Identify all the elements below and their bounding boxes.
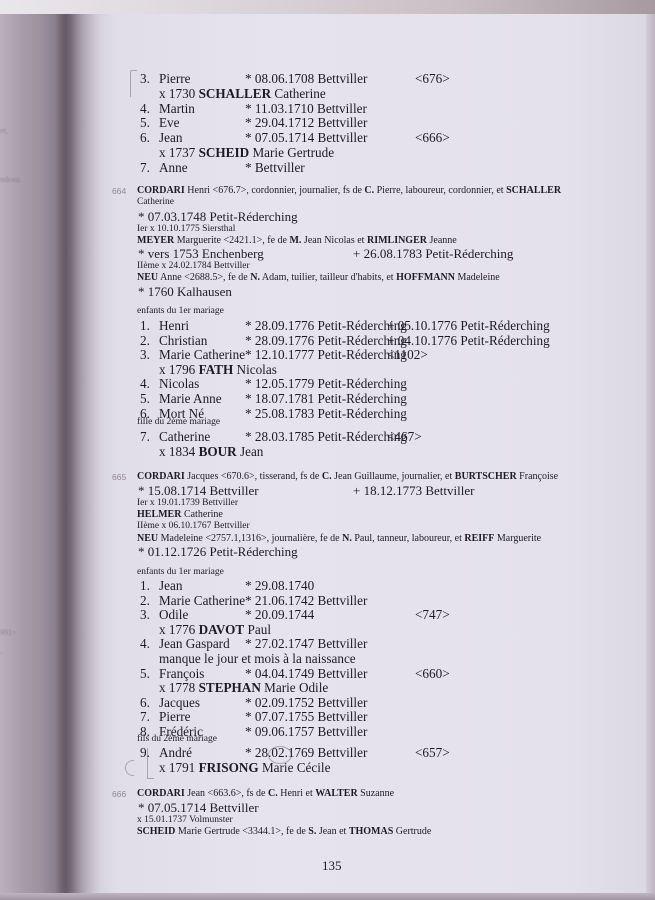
spouse-given-name: Paul [248, 622, 271, 637]
death-line: + 18.12.1773 Bettviller [353, 483, 474, 498]
mother-surname: BURTSCHER [455, 471, 517, 482]
child-birth: * 20.09.1744 [245, 607, 314, 622]
surname: NEU [137, 533, 158, 544]
father-initial: C. [322, 471, 332, 482]
child-number: 5. [140, 115, 158, 130]
surname: MEYER [137, 235, 174, 246]
child-marriage: x 1778 STEPHAN Marie Odile [159, 680, 328, 695]
child-number: 6. [140, 695, 158, 710]
spouse-text: Marguerite <2421.1>, fe de [174, 235, 289, 246]
header-text: Suzanne [358, 788, 394, 799]
spouse-line: SCHEID Marie Gertrude <3344.1>, fe de S.… [137, 826, 431, 838]
marriage-line: x 15.01.1737 Volmunster [137, 815, 233, 826]
child-number: 1. [140, 578, 158, 593]
child-number: 4. [140, 636, 158, 651]
spouse-birth-line: * 01.12.1726 Petit-Réderching [138, 544, 298, 559]
child-birth: * 27.02.1747 Bettviller [245, 636, 367, 651]
child-birth: * 25.08.1783 Petit-Réderching [245, 406, 407, 421]
entry-header: CORDARI Jacques <670.6>, tisserand, fs d… [137, 471, 558, 483]
mother-surname: WALTER [315, 788, 357, 799]
child-birth: * 12.10.1777 Petit-Réderching [245, 347, 407, 362]
spouse-death-line: + 26.08.1783 Petit-Réderching [353, 246, 513, 261]
surname: SCHEID [137, 826, 175, 837]
child-birth: * 28.09.1776 Petit-Réderching [245, 318, 407, 333]
child-name: Anne [159, 160, 188, 175]
child-marriage: x 1776 DAVOT Paul [159, 622, 271, 637]
mother-surname: HOFFMANN [396, 272, 455, 283]
father-initial: C. [268, 788, 278, 799]
child-marriage: x 1737 SCHEID Marie Gertrude [159, 145, 334, 160]
pencil-arc-mark [125, 760, 134, 776]
spouse-given-name: Marie Odile [264, 680, 328, 695]
child-number: 7. [140, 160, 158, 175]
child-name: Jacques [159, 695, 200, 710]
spouse-given-name: Catherine [274, 86, 325, 101]
child-marriage: x 1730 SCHALLER Catherine [159, 86, 326, 101]
spouse-given-name: Marie Gertrude [252, 145, 334, 160]
spouse-surname: STEPHAN [199, 680, 261, 695]
entry-header: CORDARI Jean <663.6>, fs de C. Henri et … [137, 788, 394, 800]
child-number: 4. [140, 101, 158, 116]
child-name: Odile [159, 607, 188, 622]
child-birth: * 07.07.1755 Bettviller [245, 709, 367, 724]
header-text: Françoise [517, 471, 558, 482]
entry-number: 665 [112, 472, 126, 482]
child-birth: * 07.05.1714 Bettviller [245, 130, 367, 145]
child-reference: <666> [415, 130, 450, 145]
child-number: 1. [140, 318, 158, 333]
child-number: 9. [140, 745, 158, 760]
child-birth: * 28.02.1769 Bettviller [245, 745, 367, 760]
header-text: Jacques <670.6>, tisserand, fs de [185, 471, 322, 482]
mother-surname: RIMLINGER [367, 235, 427, 246]
spouse-text: Madeleine <2757.1,1316>, journalière, fe… [158, 533, 342, 544]
spouse-surname: BOUR [199, 444, 237, 459]
spouse-line: NEU Anne <2688.5>, fe de N. Adam, tuilie… [137, 272, 500, 284]
child-name: Nicolas [159, 376, 199, 391]
surname: CORDARI [137, 471, 185, 482]
spouse-line: HELMER Catherine [137, 509, 223, 521]
page-number: 135 [322, 858, 342, 874]
child-name: Pierre [159, 709, 191, 724]
pencil-bracket-mark [130, 70, 137, 97]
marriage-year: x 1834 [159, 444, 195, 459]
child-reference: <467> [387, 429, 422, 444]
child-birth: * 28.09.1776 Petit-Réderching [245, 333, 407, 348]
surname: CORDARI [137, 185, 185, 196]
header-text: Jean Guillaume, journalier, et [332, 471, 455, 482]
spouse-surname: SCHEID [199, 145, 250, 160]
marriage-year: x 1737 [159, 145, 195, 160]
surname: CORDARI [137, 788, 185, 799]
marriage-year: x 1778 [159, 680, 195, 695]
child-name: Marie Anne [159, 391, 222, 406]
child-death: + 04.10.1776 Petit-Réderching [387, 333, 550, 348]
father-initial: N. [342, 533, 352, 544]
child-birth: * Bettviller [245, 160, 305, 175]
spouse-text: Madeleine [455, 272, 500, 283]
children-section-label: fils du 2ème mariage [137, 734, 217, 745]
child-birth: * 28.03.1785 Petit-Réderching [245, 429, 407, 444]
birth-line: * 15.08.1714 Bettviller [138, 483, 259, 498]
child-number: 3. [140, 347, 158, 362]
child-name: Martin [159, 101, 195, 116]
marriage-line: IIème x 24.02.1784 Bettviller [137, 261, 250, 272]
child-name: Pierre [159, 71, 191, 86]
child-birth: * 04.04.1749 Bettviller [245, 666, 367, 681]
father-initial: C. [364, 185, 374, 196]
child-birth: * 29.08.1740 [245, 578, 314, 593]
child-name: Marie Catherine [159, 593, 245, 608]
marriage-line: Ier x 19.01.1739 Bettviller [137, 498, 238, 509]
entry-number: 666 [112, 789, 126, 799]
child-name: Henri [159, 318, 189, 333]
marriage-line: IIème x 06.10.1767 Bettviller [137, 521, 250, 532]
child-number: 7. [140, 429, 158, 444]
spouse-text: Catherine [181, 509, 222, 520]
marriage-year: x 1730 [159, 86, 195, 101]
spouse-text: Adam, tuilier, tailleur d'habits, et [260, 272, 396, 283]
child-marriage: x 1796 FATH Nicolas [159, 362, 277, 377]
child-number: 5. [140, 391, 158, 406]
header-continuation: Catherine [137, 197, 174, 208]
surname: NEU [137, 272, 158, 283]
spouse-given-name: Nicolas [237, 362, 277, 377]
birth-line: * 07.03.1748 Petit-Réderching [138, 209, 298, 224]
child-number: 4. [140, 376, 158, 391]
child-reference: <657> [415, 745, 450, 760]
child-birth: * 21.06.1742 Bettviller [245, 593, 367, 608]
children-section-label: fille du 2ème mariage [137, 417, 220, 428]
child-name: Jean [159, 130, 182, 145]
child-name: François [159, 666, 204, 681]
marriage-year: x 1791 [159, 760, 195, 775]
spouse-text: Anne <2688.5>, fe de [158, 272, 250, 283]
child-name: Jean [159, 578, 182, 593]
child-number: 5. [140, 666, 158, 681]
child-reference: <676> [415, 71, 450, 86]
header-text: Henri et [278, 788, 316, 799]
child-number: 2. [140, 593, 158, 608]
children-section-label: enfants du 1er mariage [137, 306, 224, 317]
birth-line: * 07.05.1714 Bettviller [138, 800, 259, 815]
spouse-birth-line: * vers 1753 Enchenberg [138, 246, 264, 261]
spouse-given-name: Marie Cécile [262, 760, 330, 775]
child-name: Catherine [159, 429, 210, 444]
child-number: 2. [140, 333, 158, 348]
spouse-text: Jeanne [427, 235, 457, 246]
spouse-text: Jean Nicolas et [301, 235, 367, 246]
entry-number: 664 [112, 186, 126, 196]
spouse-surname: SCHALLER [199, 86, 272, 101]
child-name: Eve [159, 115, 180, 130]
header-text: Jean <663.6>, fs de [185, 788, 268, 799]
spouse-text: Paul, tanneur, laboureur, et [352, 533, 465, 544]
child-name: Marie Catherine [159, 347, 245, 362]
child-marriage: x 1834 BOUR Jean [159, 444, 263, 459]
marriage-year: x 1776 [159, 622, 195, 637]
child-birth: * 11.03.1710 Bettviller [245, 101, 367, 116]
father-initial: M. [289, 235, 301, 246]
child-birth: * 18.07.1781 Petit-Réderching [245, 391, 407, 406]
header-text: Henri <676.7>, cordonnier, journalier, f… [185, 185, 365, 196]
child-number: 3. [140, 607, 158, 622]
child-birth: * 12.05.1779 Petit-Réderching [245, 376, 407, 391]
child-number: 3. [140, 71, 158, 86]
child-reference: <747> [415, 607, 450, 622]
child-marriage: x 1791 FRISONG Marie Cécile [159, 760, 330, 775]
child-name: André [159, 745, 192, 760]
mother-surname: THOMAS [349, 826, 393, 837]
child-death: + 05.10.1776 Petit-Réderching [387, 318, 550, 333]
child-birth: * 09.06.1757 Bettviller [245, 724, 367, 739]
spouse-birth-line: * 1760 Kalhausen [138, 284, 232, 299]
child-name: Christian [159, 333, 207, 348]
child-reference: <660> [415, 666, 450, 681]
mother-surname: REIFF [464, 533, 494, 544]
surname: HELMER [137, 509, 181, 520]
marriage-line: Ier x 10.10.1775 Siersthal [137, 224, 235, 235]
spouse-surname: FATH [199, 362, 234, 377]
child-reference: <1102> [387, 347, 428, 362]
child-number: 6. [140, 130, 158, 145]
spouse-text: Marguerite [494, 533, 541, 544]
spouse-surname: DAVOT [199, 622, 245, 637]
child-number: 7. [140, 709, 158, 724]
child-note: manque le jour et mois à la naissance [159, 651, 356, 666]
child-birth: * 08.06.1708 Bettviller [245, 71, 367, 86]
header-text: Pierre, laboureur, cordonnier, et [374, 185, 506, 196]
child-birth: * 02.09.1752 Bettviller [245, 695, 367, 710]
genealogy-page-content: 3.Pierre* 08.06.1708 Bettviller<676>x 17… [0, 0, 655, 900]
spouse-given-name: Jean [240, 444, 263, 459]
spouse-text: Jean et [316, 826, 349, 837]
child-birth: * 29.04.1712 Bettviller [245, 115, 367, 130]
father-initial: N. [250, 272, 260, 283]
child-name: Jean Gaspard [159, 636, 230, 651]
marriage-year: x 1796 [159, 362, 195, 377]
spouse-text: Gertrude [393, 826, 431, 837]
spouse-text: Marie Gertrude <3344.1>, fe de [175, 826, 308, 837]
children-section-label: enfants du 1er mariage [137, 567, 224, 578]
entry-header: CORDARI Henri <676.7>, cordonnier, journ… [137, 185, 561, 197]
mother-surname: SCHALLER [506, 185, 561, 196]
spouse-surname: FRISONG [199, 760, 259, 775]
